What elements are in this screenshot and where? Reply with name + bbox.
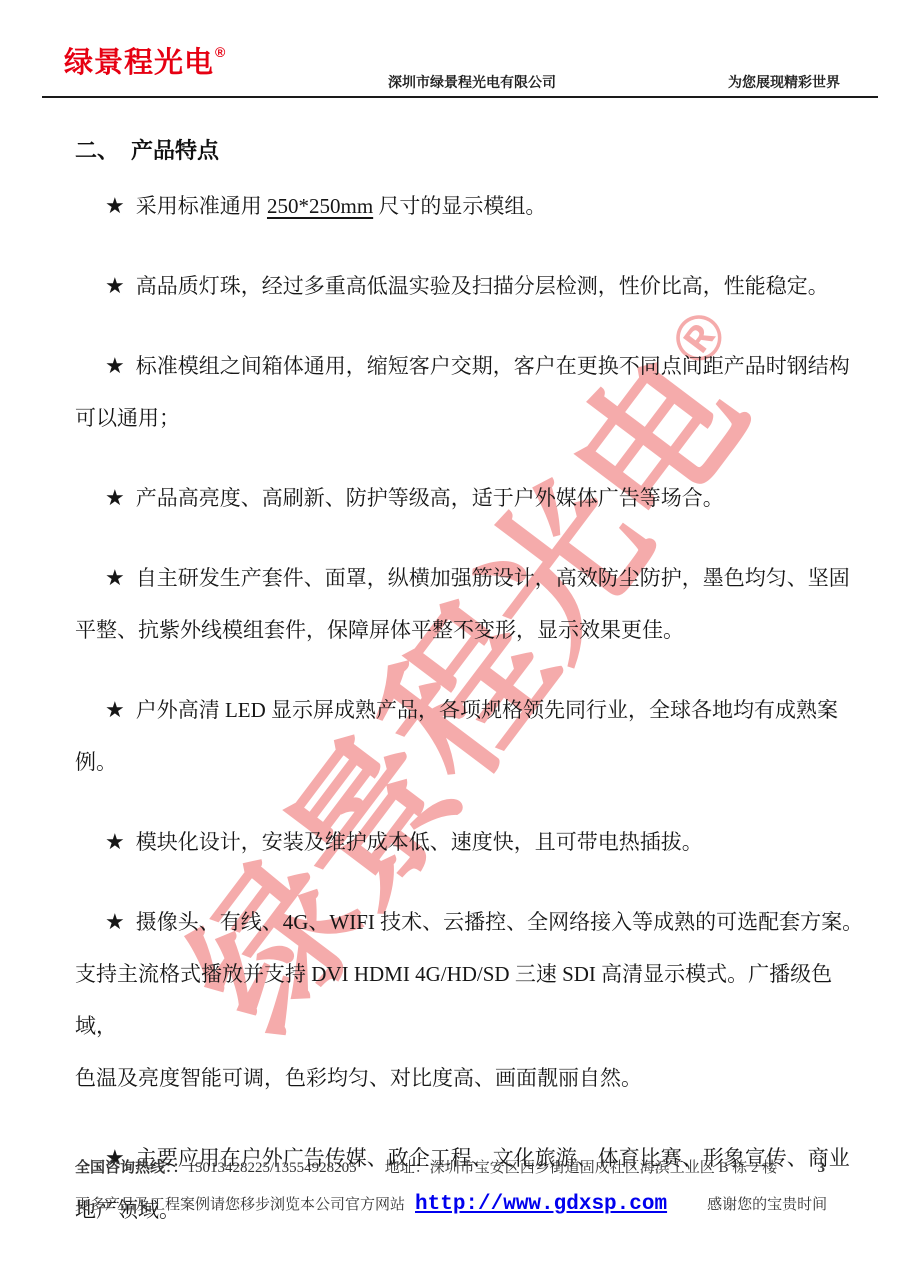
- footer-contact-line: 全国咨询热线：：15013428225/13554928205 地址：深圳市宝安…: [75, 1150, 867, 1186]
- footer-website-line: 更多产品及工程案例请您移步浏览本公司官方网站 http://www.gdxsp.…: [75, 1186, 867, 1224]
- star-bullet-icon: ★: [105, 909, 125, 934]
- feature-item: ★摄像头、有线、4G、WIFI 技术、云播控、全网络接入等成熟的可选配套方案。支…: [75, 896, 867, 1104]
- address-label: 地址：: [385, 1160, 430, 1176]
- website-link[interactable]: http://www.gdxsp.com: [415, 1186, 667, 1224]
- header-slogan: 为您展现精彩世界: [728, 72, 840, 92]
- logo-text: 绿景程光电: [64, 47, 214, 79]
- star-bullet-icon: ★: [105, 193, 125, 218]
- feature-line: ★产品高亮度、高刷新、防护等级高，适于户外媒体广告等场合。: [75, 472, 867, 524]
- star-bullet-icon: ★: [105, 485, 125, 510]
- feature-list: ★采用标准通用 250*250mm 尺寸的显示模组。★高品质灯珠，经过多重高低温…: [75, 180, 867, 1236]
- feature-text: 模块化设计，安装及维护成本低、速度快，且可带电热插拔。: [136, 830, 703, 854]
- section-title-text: 产品特点: [131, 138, 219, 163]
- feature-item: ★自主研发生产套件、面罩，纵横加强筋设计，高效防尘防护，墨色均匀、坚固平整、抗紫…: [75, 552, 867, 656]
- feature-item: ★产品高亮度、高刷新、防护等级高，适于户外媒体广告等场合。: [75, 472, 867, 524]
- feature-item: ★模块化设计，安装及维护成本低、速度快，且可带电热插拔。: [75, 816, 867, 868]
- feature-line: ★户外高清 LED 显示屏成熟产品，各项规格领先同行业，全球各地均有成熟案例。: [75, 684, 867, 788]
- feature-line: ★自主研发生产套件、面罩，纵横加强筋设计，高效防尘防护，墨色均匀、坚固: [75, 552, 867, 604]
- feature-text: 户外高清 LED 显示屏成熟产品，各项规格领先同行业，全球各地均有成熟案例。: [75, 698, 838, 774]
- hotline-numbers: 15013428225/13554928205: [188, 1160, 357, 1176]
- feature-text: 高品质灯珠，经过多重高低温实验及扫描分层检测，性价比高，性能稳定。: [136, 274, 829, 298]
- feature-line: ★摄像头、有线、4G、WIFI 技术、云播控、全网络接入等成熟的可选配套方案。: [75, 896, 867, 948]
- feature-line: 平整、抗紫外线模组套件，保障屏体平整不变形，显示效果更佳。: [75, 604, 867, 656]
- feature-item: ★标准模组之间箱体通用，缩短客户交期，客户在更换不同点间距产品时钢结构可以通用；: [75, 340, 867, 444]
- footer-thanks-text: 感谢您的宝贵时间: [707, 1186, 827, 1224]
- star-bullet-icon: ★: [105, 697, 125, 722]
- feature-text: 尺寸的显示模组。: [373, 194, 546, 218]
- section-title: 二、产品特点: [75, 136, 867, 166]
- page-footer: 全国咨询热线：：15013428225/13554928205 地址：深圳市宝安…: [75, 1150, 867, 1224]
- feature-text: 采用标准通用: [136, 194, 267, 218]
- feature-line: ★模块化设计，安装及维护成本低、速度快，且可带电热插拔。: [75, 816, 867, 868]
- document-page: 绿景程光电® 深圳市绿景程光电有限公司 为您展现精彩世界 绿景程光电® 二、产品…: [0, 0, 900, 1272]
- company-logo: 绿景程光电®: [64, 40, 226, 81]
- registered-trademark-icon: ®: [215, 44, 226, 60]
- content-area: 二、产品特点 ★采用标准通用 250*250mm 尺寸的显示模组。★高品质灯珠，…: [75, 136, 867, 1264]
- feature-line: ★标准模组之间箱体通用，缩短客户交期，客户在更换不同点间距产品时钢结构: [75, 340, 867, 392]
- star-bullet-icon: ★: [105, 565, 125, 590]
- header-divider: [42, 96, 878, 98]
- feature-item: ★户外高清 LED 显示屏成熟产品，各项规格领先同行业，全球各地均有成熟案例。: [75, 684, 867, 788]
- address: 地址：深圳市宝安区西乡街道固戍社区海滨工业区 B 栋 2 楼: [385, 1150, 778, 1186]
- hotline: 全国咨询热线：：15013428225/13554928205: [75, 1150, 357, 1186]
- feature-item: ★高品质灯珠，经过多重高低温实验及扫描分层检测，性价比高，性能稳定。: [75, 260, 867, 312]
- star-bullet-icon: ★: [105, 353, 125, 378]
- hotline-label: 全国咨询热线：：: [75, 1160, 188, 1176]
- feature-line: 可以通用；: [75, 392, 867, 444]
- feature-line: 色温及亮度智能可调，色彩均匀、对比度高、画面靓丽自然。: [75, 1052, 867, 1104]
- page-number: 3: [818, 1150, 826, 1186]
- feature-item: ★采用标准通用 250*250mm 尺寸的显示模组。: [75, 180, 867, 232]
- header-company-name: 深圳市绿景程光电有限公司: [388, 72, 556, 92]
- feature-line: ★高品质灯珠，经过多重高低温实验及扫描分层检测，性价比高，性能稳定。: [75, 260, 867, 312]
- feature-line: 支持主流格式播放并支持 DVI HDMI 4G/HD/SD 三速 SDI 高清显…: [75, 948, 867, 1052]
- feature-text: 标准模组之间箱体通用，缩短客户交期，客户在更换不同点间距产品时钢结构: [136, 354, 850, 378]
- section-number: 二、: [75, 138, 119, 163]
- star-bullet-icon: ★: [105, 273, 125, 298]
- star-bullet-icon: ★: [105, 829, 125, 854]
- feature-text: 自主研发生产套件、面罩，纵横加强筋设计，高效防尘防护，墨色均匀、坚固: [136, 566, 850, 590]
- underlined-dimension: 250*250mm: [267, 194, 373, 218]
- feature-line: ★采用标准通用 250*250mm 尺寸的显示模组。: [75, 180, 867, 232]
- feature-text: 摄像头、有线、4G、WIFI 技术、云播控、全网络接入等成熟的可选配套方案。: [136, 910, 863, 934]
- footer-more-text: 更多产品及工程案例请您移步浏览本公司官方网站: [75, 1186, 405, 1224]
- feature-text: 产品高亮度、高刷新、防护等级高，适于户外媒体广告等场合。: [136, 486, 724, 510]
- address-value: 深圳市宝安区西乡街道固戍社区海滨工业区 B 栋 2 楼: [430, 1160, 778, 1176]
